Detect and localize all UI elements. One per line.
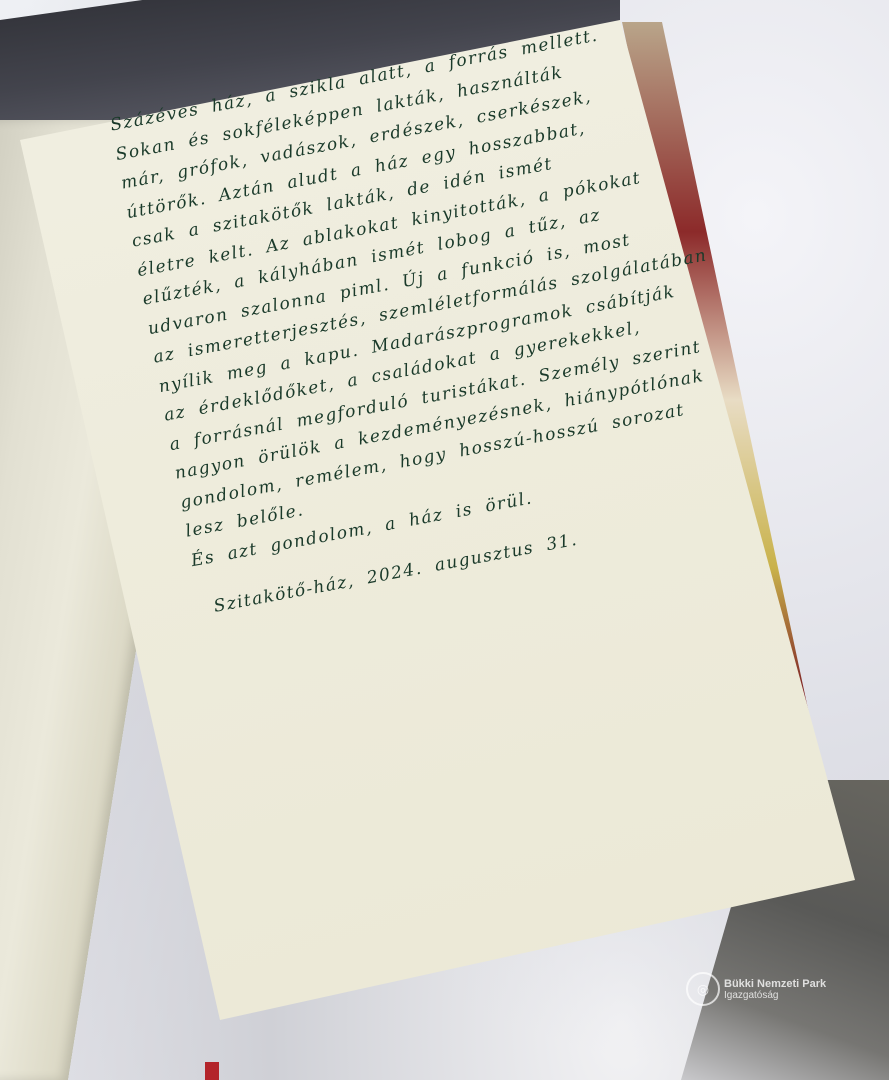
bookmark-ribbon (205, 1062, 219, 1080)
watermark-text: Bükki Nemzeti Park Igazgatóság (724, 978, 826, 1001)
watermark: ◎ Bükki Nemzeti Park Igazgatóság (686, 972, 826, 1006)
watermark-subtitle: Igazgatóság (724, 990, 826, 1001)
watermark-title: Bükki Nemzeti Park (724, 978, 826, 990)
park-logo-icon: ◎ (686, 972, 720, 1006)
